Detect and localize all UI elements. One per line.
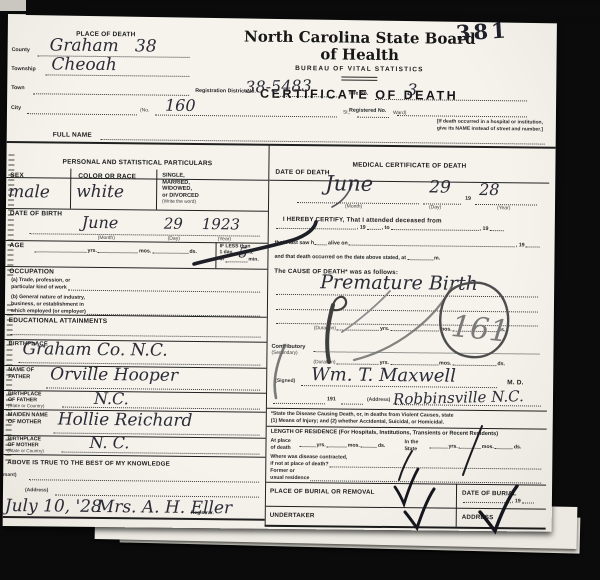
bureau-line: BUREAU OF VITAL STATISTICS bbox=[239, 64, 479, 74]
if-less-box: IF LESS than 1 day, hrs. or min. 5 bbox=[215, 242, 268, 269]
mos-label: mos. bbox=[348, 444, 360, 449]
yrs-label: yrs. bbox=[316, 443, 325, 448]
dob-day-handwritten: 29 bbox=[164, 215, 183, 233]
dod-month-handwritten: June bbox=[325, 171, 373, 196]
last-saw-line: that I last saw h alive on , 19 bbox=[275, 241, 541, 249]
date-of-death-label: DATE OF DEATH bbox=[275, 169, 329, 177]
contributory-line2: (Secondary) bbox=[271, 350, 305, 356]
sex-label: SEX bbox=[10, 172, 24, 180]
birthplace-row: BIRTHPLACE Graham Co. N.C. bbox=[4, 339, 266, 369]
dotted-line bbox=[276, 293, 538, 298]
town-label: Town bbox=[11, 85, 25, 92]
occupation-row: OCCUPATION (a) Trade, profession, or par… bbox=[5, 266, 267, 318]
burial-table-divider bbox=[456, 484, 457, 527]
dotted-line bbox=[361, 446, 377, 448]
signed-label: (Signed) bbox=[275, 378, 295, 384]
dotted-line bbox=[276, 227, 356, 230]
dod-year-handwritten: 28 bbox=[479, 180, 500, 199]
birthplace-value-handwritten: Graham Co. N.C. bbox=[22, 339, 167, 361]
undertaker-label: UNDERTAKER bbox=[270, 512, 315, 520]
occupation-label: OCCUPATION bbox=[9, 268, 54, 276]
dotted-line bbox=[489, 229, 503, 231]
printed-191: 191 bbox=[327, 396, 336, 403]
dod-day-handwritten: 29 bbox=[429, 177, 451, 197]
marital-line: SINGLE, bbox=[162, 173, 199, 180]
registered-no-label: Registered No. bbox=[349, 108, 386, 115]
age-units-line: yrs. mos. ds. bbox=[33, 248, 211, 255]
date-of-birth-row: DATE OF BIRTH June 29 1923 (Month) (Day)… bbox=[6, 208, 268, 244]
dotted-line bbox=[452, 364, 496, 366]
mos-label: mos. bbox=[139, 249, 151, 254]
in-the-line: In the bbox=[405, 439, 419, 446]
house-no-value-handwritten: 160 bbox=[165, 96, 196, 115]
county-label: County bbox=[12, 47, 30, 54]
sex-value-handwritten: male bbox=[8, 182, 50, 202]
state-country-sublabel: (State or Country) bbox=[7, 448, 44, 454]
mos-label: mos. bbox=[482, 445, 494, 450]
dotted-line bbox=[299, 445, 315, 447]
dotted-line bbox=[273, 402, 325, 405]
medical-section-title-text: MEDICAL CERTIFICATE OF DEATH bbox=[352, 162, 466, 170]
at-place-units: yrs. mos. ds. bbox=[298, 443, 398, 449]
father-label-line2: FATHER bbox=[8, 374, 34, 381]
md-label: M. D. bbox=[507, 379, 524, 387]
yrs-label: yrs. bbox=[448, 445, 457, 450]
physician-signature-handwritten: Wm. T. Maxwell bbox=[311, 364, 456, 387]
personal-column: PERSONAL AND STATISTICAL PARTICULARS SEX… bbox=[3, 142, 269, 521]
hours-value-handwritten: 5 bbox=[238, 245, 247, 261]
dotted-line bbox=[357, 116, 389, 118]
dob-year-handwritten: 1923 bbox=[202, 215, 240, 233]
duration-sublabel: (Duration) bbox=[314, 325, 336, 331]
dotted-line bbox=[27, 112, 137, 115]
to-label: , to bbox=[382, 226, 390, 231]
registration-district-value-handwritten: 38-5483 bbox=[245, 76, 312, 97]
color-race-value-handwritten: white bbox=[76, 182, 124, 202]
personal-section-title-text: PERSONAL AND STATISTICAL PARTICULARS bbox=[63, 159, 213, 168]
certify-text: I HEREBY CERTIFY, That I attended deceas… bbox=[283, 216, 442, 225]
city-label: City bbox=[11, 105, 21, 112]
full-name-label: FULL NAME bbox=[53, 131, 92, 139]
dotted-line bbox=[495, 447, 513, 449]
comma-19: , 19 bbox=[480, 227, 489, 232]
filed-date-handwritten: July 10, '28 bbox=[5, 496, 102, 517]
state-line: State bbox=[404, 446, 418, 453]
burial-date-line: , 19 bbox=[462, 499, 542, 505]
death-occurred-line: and that death occurred on the date abov… bbox=[274, 255, 514, 263]
dod-month-sublabel: (Month) bbox=[345, 204, 362, 210]
marital-note: (Write the word) bbox=[162, 199, 199, 205]
comma-19: , 19 bbox=[516, 243, 525, 248]
file-no-value-handwritten: 3 bbox=[407, 80, 417, 99]
mother-name-row: MAIDEN NAME OF MOTHER Hollie Reichard bbox=[4, 409, 266, 439]
cell-divider bbox=[70, 169, 71, 209]
burial-date-label: DATE OF BURIAL bbox=[462, 490, 517, 498]
dotted-line bbox=[315, 244, 327, 246]
contracted-line2: if not at place of death? bbox=[270, 461, 328, 468]
former-line2: usual residence bbox=[270, 475, 309, 482]
contributory-line1: Contributory bbox=[271, 344, 305, 351]
ds-label: ds. bbox=[514, 445, 522, 450]
at-place-line1: At place bbox=[271, 438, 291, 445]
dotted-line bbox=[463, 501, 511, 504]
ds-label: ds. bbox=[378, 444, 386, 449]
board-name: North Carolina State Board of Health bbox=[240, 28, 480, 64]
mother-label-line2: OF MOTHER bbox=[8, 419, 48, 426]
scan-corner-sliver bbox=[0, 0, 26, 11]
dotted-line bbox=[29, 478, 259, 482]
dotted-line bbox=[367, 228, 381, 230]
alive-on-text: alive on bbox=[328, 241, 348, 247]
comma-19: , 19 bbox=[357, 226, 366, 231]
comma-19: , 19 bbox=[512, 499, 521, 504]
registrar-label: Registrar. bbox=[191, 510, 214, 516]
dotted-line bbox=[61, 451, 259, 455]
printed-19: 19 bbox=[465, 196, 471, 203]
stamp-number: 381 bbox=[455, 19, 509, 43]
cause-of-death-handwritten: Premature Birth bbox=[320, 271, 478, 295]
father-name-handwritten: Orville Hooper bbox=[50, 364, 178, 385]
dod-year-sublabel: (Year) bbox=[497, 205, 510, 211]
at-place-label: At place of death bbox=[270, 438, 290, 451]
attended-dates-line: , 19 , to , 19 bbox=[275, 225, 541, 233]
undertaker-address-label: ADDRESS bbox=[462, 514, 494, 522]
address-sublabel: (Address) bbox=[367, 397, 390, 403]
county-value-handwritten: Graham 38 bbox=[50, 35, 157, 56]
dotted-line bbox=[98, 251, 138, 253]
ds-label: ds. bbox=[498, 328, 506, 333]
dotted-line bbox=[337, 328, 379, 330]
in-state-label: In the State bbox=[404, 439, 418, 452]
dotted-line bbox=[526, 246, 540, 248]
dotted-line bbox=[327, 446, 347, 448]
rule bbox=[266, 506, 546, 510]
min-label: min. bbox=[248, 256, 258, 263]
mother-name-handwritten: Hollie Reichard bbox=[58, 410, 193, 431]
in-state-units: yrs. mos. ds. bbox=[428, 444, 538, 450]
dotted-line bbox=[391, 228, 479, 231]
dotted-line bbox=[11, 333, 261, 338]
last-saw-text: that I last saw h bbox=[275, 241, 315, 247]
cell-divider bbox=[156, 170, 157, 210]
physician-address-handwritten: Robbinsville N.C. bbox=[393, 387, 524, 408]
dotted-line bbox=[522, 502, 534, 504]
file-no-label: File No. bbox=[349, 91, 368, 98]
age-label: AGE bbox=[10, 242, 25, 250]
informant-label: (Informant) bbox=[3, 472, 17, 478]
marital-status-label: SINGLE, MARRIED, WIDOWED, or DIVORCED (W… bbox=[162, 173, 199, 206]
ds-label: ds. bbox=[497, 362, 505, 367]
scan-top-gap bbox=[0, 0, 600, 6]
scanned-death-certificate: North Carolina State Board of Health BUR… bbox=[0, 0, 600, 580]
at-place-line2: of death bbox=[270, 444, 290, 451]
dotted-line bbox=[453, 330, 497, 332]
residence-title: LENGTH OF RESIDENCE (For Hospitals, Inst… bbox=[271, 429, 499, 438]
sex-color-marital-row: SEX COLOR OR RACE SINGLE, MARRIED, WIDOW… bbox=[6, 168, 268, 212]
township-label: Township bbox=[11, 66, 35, 73]
dotted-line bbox=[341, 403, 363, 405]
dotted-line bbox=[313, 350, 539, 354]
or-label: or bbox=[219, 256, 224, 263]
dotted-line bbox=[407, 258, 433, 260]
mos-label: mos. bbox=[439, 327, 451, 332]
dob-month-handwritten: June bbox=[82, 213, 119, 232]
mother-birthplace-handwritten: N. C. bbox=[89, 433, 129, 452]
dotted-line bbox=[276, 308, 538, 313]
header-rule bbox=[341, 76, 377, 80]
color-race-label: COLOR OR RACE bbox=[78, 173, 136, 181]
township-value-handwritten: Cheoah bbox=[51, 54, 117, 75]
dotted-line bbox=[459, 447, 481, 449]
yrs-label: yrs. bbox=[380, 327, 389, 332]
death-certificate-paper: North Carolina State Board of Health BUR… bbox=[3, 14, 557, 532]
dotted-line bbox=[152, 252, 188, 254]
attest-text: ABOVE IS TRUE TO THE BEST OF MY KNOWLEDG… bbox=[7, 459, 170, 468]
dotted-line bbox=[397, 114, 527, 117]
death-occurred-text: and that death occurred on the date abov… bbox=[274, 255, 406, 262]
hospital-note: [If death occurred in a hospital or inst… bbox=[437, 118, 549, 133]
dotted-line bbox=[349, 244, 515, 248]
mother-birthplace-row: BIRTHPLACE OF MOTHER (State or Country) … bbox=[3, 435, 265, 458]
informant-address-label: (Address) bbox=[25, 487, 48, 493]
dotted-line bbox=[35, 251, 87, 254]
house-no-label: (No. bbox=[140, 107, 150, 113]
contributory-label: Contributory (Secondary) bbox=[271, 344, 305, 357]
occupation-a-line2: particular kind of work bbox=[11, 284, 67, 292]
burial-place-label: PLACE OF BURIAL OR REMOVAL bbox=[270, 488, 375, 497]
yrs-label: yrs. bbox=[87, 249, 96, 254]
ds-label: ds. bbox=[189, 250, 197, 255]
cause-footnote: *State the Disease Causing Death, or, in… bbox=[271, 411, 543, 428]
age-row: AGE yrs. mos. ds. IF LESS than 1 day, hr… bbox=[5, 240, 267, 270]
dod-day-sublabel: (Day) bbox=[429, 204, 441, 210]
m-suffix: m. bbox=[434, 256, 440, 261]
dotted-line bbox=[390, 329, 438, 332]
dotted-line bbox=[429, 447, 447, 449]
duration-line-primary: (Duration) yrs. mos. ds. bbox=[314, 325, 540, 333]
medical-column: MEDICAL CERTIFICATE OF DEATH DATE OF DEA… bbox=[265, 145, 550, 530]
education-label: EDUCATIONAL ATTAINMENTS bbox=[9, 317, 108, 326]
dotted-line bbox=[68, 289, 260, 293]
date-of-birth-label: DATE OF BIRTH bbox=[10, 210, 62, 218]
